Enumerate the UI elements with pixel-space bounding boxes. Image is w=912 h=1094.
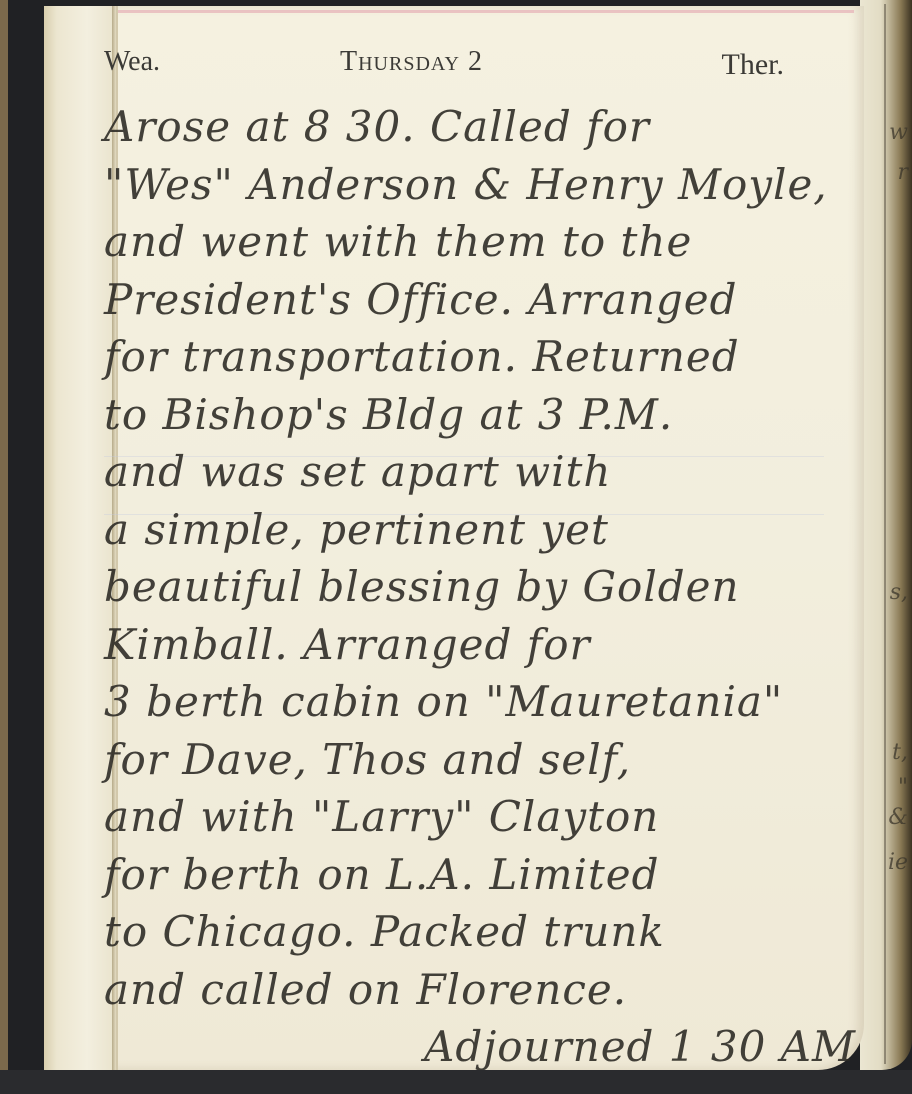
- margin-note: s,: [890, 580, 908, 605]
- entry-line: and went with them to the: [104, 213, 874, 271]
- handwritten-entry: Arose at 8 30. Called for "Wes" Anderson…: [104, 98, 874, 1076]
- entry-line: Arose at 8 30. Called for: [104, 98, 874, 156]
- entry-line: Kimball. Arranged for: [104, 616, 874, 674]
- entry-line: a simple, pertinent yet: [104, 501, 874, 559]
- entry-line: for berth on L.A. Limited: [104, 846, 874, 904]
- weather-label: Wea.: [104, 46, 160, 78]
- entry-signoff-line: Adjourned 1 30 AM: [104, 1018, 874, 1076]
- entry-line: for Dave, Thos and self,: [104, 731, 874, 789]
- entry-line: and called on Florence.: [104, 961, 874, 1019]
- book-cover-edge: [0, 0, 8, 1070]
- margin-note: r: [897, 160, 908, 185]
- entry-line: 3 berth cabin on "Mauretania": [104, 673, 874, 731]
- entry-line: for transportation. Returned: [104, 328, 874, 386]
- entry-line: "Wes" Anderson & Henry Moyle,: [104, 156, 874, 214]
- entry-line: beautiful blessing by Golden: [104, 558, 874, 616]
- diary-scan: w r s, t, " & ie Wea. Thursday 2 Ther. A…: [0, 0, 912, 1094]
- page-edge-line: [884, 4, 886, 1064]
- scan-background: [0, 1070, 912, 1094]
- margin-note: &: [888, 805, 908, 830]
- margin-note: ie: [888, 850, 908, 875]
- diary-page: Wea. Thursday 2 Ther. Arose at 8 30. Cal…: [44, 6, 864, 1070]
- margin-note: t,: [892, 740, 908, 765]
- entry-line: to Bishop's Bldg at 3 P.M.: [104, 386, 874, 444]
- thermometer-label: Ther.: [722, 48, 784, 82]
- entry-line: President's Office. Arranged: [104, 271, 874, 329]
- entry-line: to Chicago. Packed trunk: [104, 903, 874, 961]
- entry-line: and with "Larry" Clayton: [104, 788, 874, 846]
- page-header: Wea. Thursday 2 Ther.: [104, 46, 784, 86]
- margin-note: w: [889, 120, 908, 145]
- entry-line: and was set apart with: [104, 443, 874, 501]
- margin-note: ": [898, 775, 908, 800]
- day-heading: Thursday 2: [340, 46, 483, 78]
- top-red-rule: [64, 10, 854, 13]
